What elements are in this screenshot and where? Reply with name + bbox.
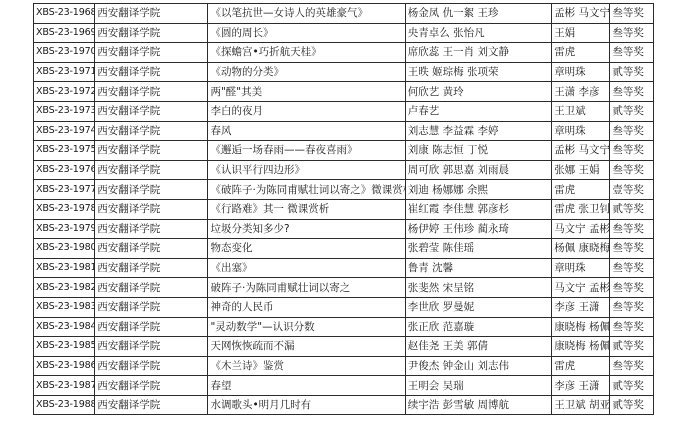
entry-id-cell: XBS-23-1977: [34, 180, 95, 200]
advisor-cell: 孟彬 马文宁: [552, 141, 610, 161]
entry-id-cell: XBS-23-1980: [34, 239, 95, 259]
entry-id-cell: XBS-23-1975: [34, 141, 95, 161]
table-row: XBS-23-1978西安翻译学院《行路难》其一 微课赏析崔红霞 李佳慧 郭彦杉…: [34, 199, 654, 219]
advisor-cell: 王卫斌 胡亚明: [552, 395, 610, 415]
school-cell: 西安翻译学院: [95, 199, 208, 219]
table-row: XBS-23-1980西安翻译学院物态变化张碧莹 陈佳瑶杨佩 康晓梅叁等奖: [34, 239, 654, 259]
table-row: XBS-23-1977西安翻译学院《破阵子·为陈同甫赋壮词以寄之》微课赏析刘迪 …: [34, 180, 654, 200]
award-level-cell: 贰等奖: [610, 62, 654, 82]
entry-id-cell: XBS-23-1976: [34, 160, 95, 180]
authors-cell: 王昳 姬琮梅 张项荣: [405, 62, 551, 82]
school-cell: 西安翻译学院: [95, 141, 208, 161]
advisor-cell: 康晓梅 杨佩: [552, 317, 610, 337]
work-title-cell: 春望: [208, 376, 405, 396]
school-cell: 西安翻译学院: [95, 121, 208, 141]
school-cell: 西安翻译学院: [95, 62, 208, 82]
school-cell: 西安翻译学院: [95, 101, 208, 121]
authors-cell: 张正欣 范嘉璇: [405, 317, 551, 337]
table-row: XBS-23-1983西安翻译学院神奇的人民币李世欣 罗曼妮李彦 王潇叁等奖: [34, 297, 654, 317]
award-level-cell: 叁等奖: [610, 317, 654, 337]
advisor-cell: 李彦 王潇: [552, 376, 610, 396]
work-title-cell: 垃圾分类知多少?: [208, 219, 405, 239]
advisor-cell: 王娟: [552, 23, 610, 43]
entry-id-cell: XBS-23-1974: [34, 121, 95, 141]
work-title-cell: 破阵子·为陈同甫赋壮词以寄之: [208, 278, 405, 298]
entry-id-cell: XBS-23-1988: [34, 395, 95, 415]
advisor-cell: 王卫斌: [552, 101, 610, 121]
advisor-cell: 章明珠: [552, 121, 610, 141]
work-title-cell: 《圆的周长》: [208, 23, 405, 43]
award-level-cell: 叁等奖: [610, 141, 654, 161]
authors-cell: 杨金凤 仇一絮 王珍: [405, 4, 551, 24]
authors-cell: 尹俊杰 钟金山 刘志伟: [405, 356, 551, 376]
table-row: XBS-23-1970西安翻译学院《探蟾宫•巧折航天桂》席欣蕊 王一肖 刘文静雷…: [34, 43, 654, 63]
entry-id-cell: XBS-23-1984: [34, 317, 95, 337]
entry-id-cell: XBS-23-1972: [34, 82, 95, 102]
table-row: XBS-23-1974西安翻译学院春风刘志慧 李益霖 李婷章明珠叁等奖: [34, 121, 654, 141]
advisor-cell: 李彦 王潇: [552, 297, 610, 317]
authors-cell: 何欣艺 黄玲: [405, 82, 551, 102]
work-title-cell: 《探蟾宫•巧折航天桂》: [208, 43, 405, 63]
authors-cell: 席欣蕊 王一肖 刘文静: [405, 43, 551, 63]
award-level-cell: 叁等奖: [610, 297, 654, 317]
work-title-cell: "灵动数学"—认识分数: [208, 317, 405, 337]
table-row: XBS-23-1986西安翻译学院《木兰诗》鉴赏尹俊杰 钟金山 刘志伟雷虎叁等奖: [34, 356, 654, 376]
school-cell: 西安翻译学院: [95, 43, 208, 63]
authors-cell: 杨伊婷 王伟珍 蔺永琦: [405, 219, 551, 239]
work-title-cell: 两"醛"其美: [208, 82, 405, 102]
work-title-cell: 水调歌头•明月几时有: [208, 395, 405, 415]
entry-id-cell: XBS-23-1986: [34, 356, 95, 376]
authors-cell: 刘康 陈志恒 丁悦: [405, 141, 551, 161]
authors-cell: 崔红霞 李佳慧 郭彦杉: [405, 199, 551, 219]
authors-cell: 续宇浩 彭雪敏 周博航: [405, 395, 551, 415]
award-level-cell: 叁等奖: [610, 43, 654, 63]
table-row: XBS-23-1987西安翻译学院春望王明会 吴瑞李彦 王潇贰等奖: [34, 376, 654, 396]
work-title-cell: 《行路难》其一 微课赏析: [208, 199, 405, 219]
table-row: XBS-23-1968西安翻译学院《以笔抗世—女诗人的英雄豪气》杨金凤 仇一絮 …: [34, 4, 654, 24]
advisor-cell: 王潇 李彦: [552, 82, 610, 102]
advisor-cell: 雷虎: [552, 180, 610, 200]
school-cell: 西安翻译学院: [95, 239, 208, 259]
school-cell: 西安翻译学院: [95, 278, 208, 298]
work-title-cell: 物态变化: [208, 239, 405, 259]
work-title-cell: 春风: [208, 121, 405, 141]
award-level-cell: 叁等奖: [610, 356, 654, 376]
award-level-cell: 叁等奖: [610, 278, 654, 298]
work-title-cell: 《邂逅一场春雨——春夜喜雨》: [208, 141, 405, 161]
award-level-cell: 贰等奖: [610, 199, 654, 219]
advisor-cell: 章明珠: [552, 62, 610, 82]
school-cell: 西安翻译学院: [95, 23, 208, 43]
award-level-cell: 贰等奖: [610, 337, 654, 357]
entry-id-cell: XBS-23-1971: [34, 62, 95, 82]
award-level-cell: 叁等奖: [610, 258, 654, 278]
entry-id-cell: XBS-23-1981: [34, 258, 95, 278]
school-cell: 西安翻译学院: [95, 337, 208, 357]
table-row: XBS-23-1982西安翻译学院破阵子·为陈同甫赋壮词以寄之张斐然 宋呈铭马文…: [34, 278, 654, 298]
school-cell: 西安翻译学院: [95, 258, 208, 278]
entry-id-cell: XBS-23-1969: [34, 23, 95, 43]
school-cell: 西安翻译学院: [95, 356, 208, 376]
authors-cell: 央青卓么 张怡凡: [405, 23, 551, 43]
table-row: XBS-23-1979西安翻译学院垃圾分类知多少?杨伊婷 王伟珍 蔺永琦马文宁 …: [34, 219, 654, 239]
entry-id-cell: XBS-23-1982: [34, 278, 95, 298]
table-row: XBS-23-1988西安翻译学院水调歌头•明月几时有续宇浩 彭雪敏 周博航王卫…: [34, 395, 654, 415]
authors-cell: 张斐然 宋呈铭: [405, 278, 551, 298]
advisor-cell: 章明珠: [552, 258, 610, 278]
advisor-cell: 马文宁 孟彬: [552, 278, 610, 298]
award-level-cell: 叁等奖: [610, 160, 654, 180]
advisor-cell: 张娜 王娟: [552, 160, 610, 180]
award-level-cell: 壹等奖: [610, 180, 654, 200]
advisor-cell: 雷虎: [552, 43, 610, 63]
work-title-cell: 《木兰诗》鉴赏: [208, 356, 405, 376]
school-cell: 西安翻译学院: [95, 180, 208, 200]
work-title-cell: 《认识平行四边形》: [208, 160, 405, 180]
table-row: XBS-23-1975西安翻译学院《邂逅一场春雨——春夜喜雨》刘康 陈志恒 丁悦…: [34, 141, 654, 161]
authors-cell: 周可欣 郭思嘉 刘雨晨: [405, 160, 551, 180]
school-cell: 西安翻译学院: [95, 219, 208, 239]
entry-id-cell: XBS-23-1968: [34, 4, 95, 24]
award-results-table: XBS-23-1968西安翻译学院《以笔抗世—女诗人的英雄豪气》杨金凤 仇一絮 …: [33, 3, 654, 415]
advisor-cell: 雷虎 张卫钊: [552, 199, 610, 219]
authors-cell: 赵佳尧 王美 郭倩: [405, 337, 551, 357]
work-title-cell: 《动物的分类》: [208, 62, 405, 82]
entry-id-cell: XBS-23-1979: [34, 219, 95, 239]
advisor-cell: 马文宁 孟彬: [552, 219, 610, 239]
award-level-cell: 贰等奖: [610, 395, 654, 415]
authors-cell: 卢春艺: [405, 101, 551, 121]
entry-id-cell: XBS-23-1985: [34, 337, 95, 357]
school-cell: 西安翻译学院: [95, 82, 208, 102]
table-body: XBS-23-1968西安翻译学院《以笔抗世—女诗人的英雄豪气》杨金凤 仇一絮 …: [34, 4, 654, 415]
table-row: XBS-23-1973西安翻译学院李白的夜月卢春艺王卫斌贰等奖: [34, 101, 654, 121]
advisor-cell: 雷虎: [552, 356, 610, 376]
table-row: XBS-23-1984西安翻译学院"灵动数学"—认识分数张正欣 范嘉璇康晓梅 杨…: [34, 317, 654, 337]
award-level-cell: 贰等奖: [610, 376, 654, 396]
award-level-cell: 叁等奖: [610, 4, 654, 24]
entry-id-cell: XBS-23-1987: [34, 376, 95, 396]
school-cell: 西安翻译学院: [95, 297, 208, 317]
table-row: XBS-23-1969西安翻译学院《圆的周长》央青卓么 张怡凡王娟叁等奖: [34, 23, 654, 43]
work-title-cell: 《破阵子·为陈同甫赋壮词以寄之》微课赏析: [208, 180, 405, 200]
advisor-cell: 杨佩 康晓梅: [552, 239, 610, 259]
entry-id-cell: XBS-23-1983: [34, 297, 95, 317]
table-row: XBS-23-1971西安翻译学院《动物的分类》王昳 姬琮梅 张项荣章明珠贰等奖: [34, 62, 654, 82]
authors-cell: 张碧莹 陈佳瑶: [405, 239, 551, 259]
award-level-cell: 叁等奖: [610, 23, 654, 43]
school-cell: 西安翻译学院: [95, 317, 208, 337]
work-title-cell: 神奇的人民币: [208, 297, 405, 317]
award-level-cell: 叁等奖: [610, 219, 654, 239]
award-level-cell: 叁等奖: [610, 239, 654, 259]
school-cell: 西安翻译学院: [95, 395, 208, 415]
work-title-cell: 《出塞》: [208, 258, 405, 278]
award-level-cell: 叁等奖: [610, 82, 654, 102]
table-row: XBS-23-1972西安翻译学院两"醛"其美何欣艺 黄玲王潇 李彦叁等奖: [34, 82, 654, 102]
school-cell: 西安翻译学院: [95, 4, 208, 24]
work-title-cell: 《以笔抗世—女诗人的英雄豪气》: [208, 4, 405, 24]
work-title-cell: 李白的夜月: [208, 101, 405, 121]
award-level-cell: 贰等奖: [610, 101, 654, 121]
authors-cell: 刘迪 杨娜娜 余熙: [405, 180, 551, 200]
entry-id-cell: XBS-23-1970: [34, 43, 95, 63]
advisor-cell: 康晓梅 杨佩: [552, 337, 610, 357]
authors-cell: 刘志慧 李益霖 李婷: [405, 121, 551, 141]
authors-cell: 李世欣 罗曼妮: [405, 297, 551, 317]
table-row: XBS-23-1985西安翻译学院天网恢恢疏而不漏赵佳尧 王美 郭倩康晓梅 杨佩…: [34, 337, 654, 357]
entry-id-cell: XBS-23-1978: [34, 199, 95, 219]
entry-id-cell: XBS-23-1973: [34, 101, 95, 121]
work-title-cell: 天网恢恢疏而不漏: [208, 337, 405, 357]
authors-cell: 鲁青 沈馨: [405, 258, 551, 278]
table-row: XBS-23-1981西安翻译学院《出塞》鲁青 沈馨章明珠叁等奖: [34, 258, 654, 278]
school-cell: 西安翻译学院: [95, 160, 208, 180]
advisor-cell: 孟彬 马文宁: [552, 4, 610, 24]
authors-cell: 王明会 吴瑞: [405, 376, 551, 396]
table-row: XBS-23-1976西安翻译学院《认识平行四边形》周可欣 郭思嘉 刘雨晨张娜 …: [34, 160, 654, 180]
award-level-cell: 叁等奖: [610, 121, 654, 141]
school-cell: 西安翻译学院: [95, 376, 208, 396]
